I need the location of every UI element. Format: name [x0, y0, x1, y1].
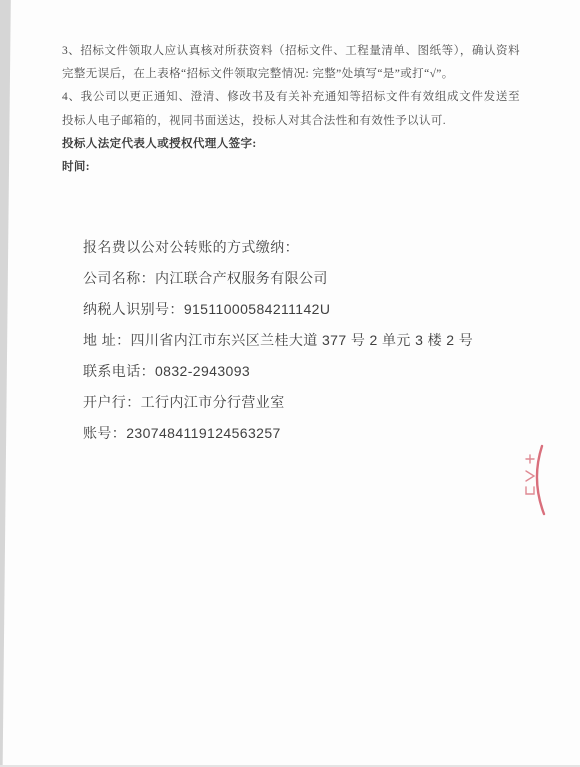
field-value: 2307484119124563257	[126, 425, 281, 441]
time-line: 时间:	[62, 156, 520, 179]
field-bank: 开户行：工行内江市分行营业室	[83, 387, 553, 418]
field-label: 账号：	[83, 425, 126, 441]
clause-3-text: 3、招标文件领取人应认真核对所获资料（招标文件、工程量清单、图纸等），确认资料完…	[62, 40, 520, 86]
field-label: 开户行：	[83, 394, 141, 410]
field-value: 工行内江市分行营业室	[141, 394, 285, 410]
signature-line: 投标人法定代表人或授权代理人签字:	[62, 133, 520, 156]
notes-section: 3、招标文件领取人应认真核对所获资料（招标文件、工程量清单、图纸等），确认资料完…	[62, 40, 520, 179]
field-phone: 联系电话：0832-2943093	[83, 356, 553, 387]
field-company-name: 公司名称：内江联合产权服务有限公司	[83, 263, 553, 294]
company-seal-partial-icon	[518, 438, 558, 522]
field-label: 地 址：	[83, 332, 131, 348]
field-label: 纳税人识别号：	[83, 301, 184, 317]
field-value: 91511000584211142U	[184, 301, 331, 317]
field-value: 内江联合产权服务有限公司	[155, 270, 328, 286]
clause-4-text: 4、我公司以更正通知、澄清、修改书及有关补充通知等招标文件有效组成文件发送至投标…	[62, 86, 520, 132]
scan-left-edge	[0, 0, 12, 767]
field-account-number: 账号：2307484119124563257	[83, 418, 553, 449]
field-value: 四川省内江市东兴区兰桂大道 377 号 2 单元 3 楼 2 号	[131, 332, 474, 348]
field-taxpayer-id: 纳税人识别号：91511000584211142U	[83, 294, 553, 325]
field-label: 公司名称：	[83, 270, 155, 286]
payment-info-section: 报名费以公对公转账的方式缴纳： 公司名称：内江联合产权服务有限公司 纳税人识别号…	[83, 232, 553, 449]
scanned-document-page: 3、招标文件领取人应认真核对所获资料（招标文件、工程量清单、图纸等），确认资料完…	[0, 0, 580, 767]
field-value: 0832-2943093	[155, 363, 250, 379]
field-label: 联系电话：	[83, 363, 155, 379]
field-address: 地 址：四川省内江市东兴区兰桂大道 377 号 2 单元 3 楼 2 号	[83, 325, 553, 356]
payment-intro: 报名费以公对公转账的方式缴纳：	[83, 232, 553, 263]
